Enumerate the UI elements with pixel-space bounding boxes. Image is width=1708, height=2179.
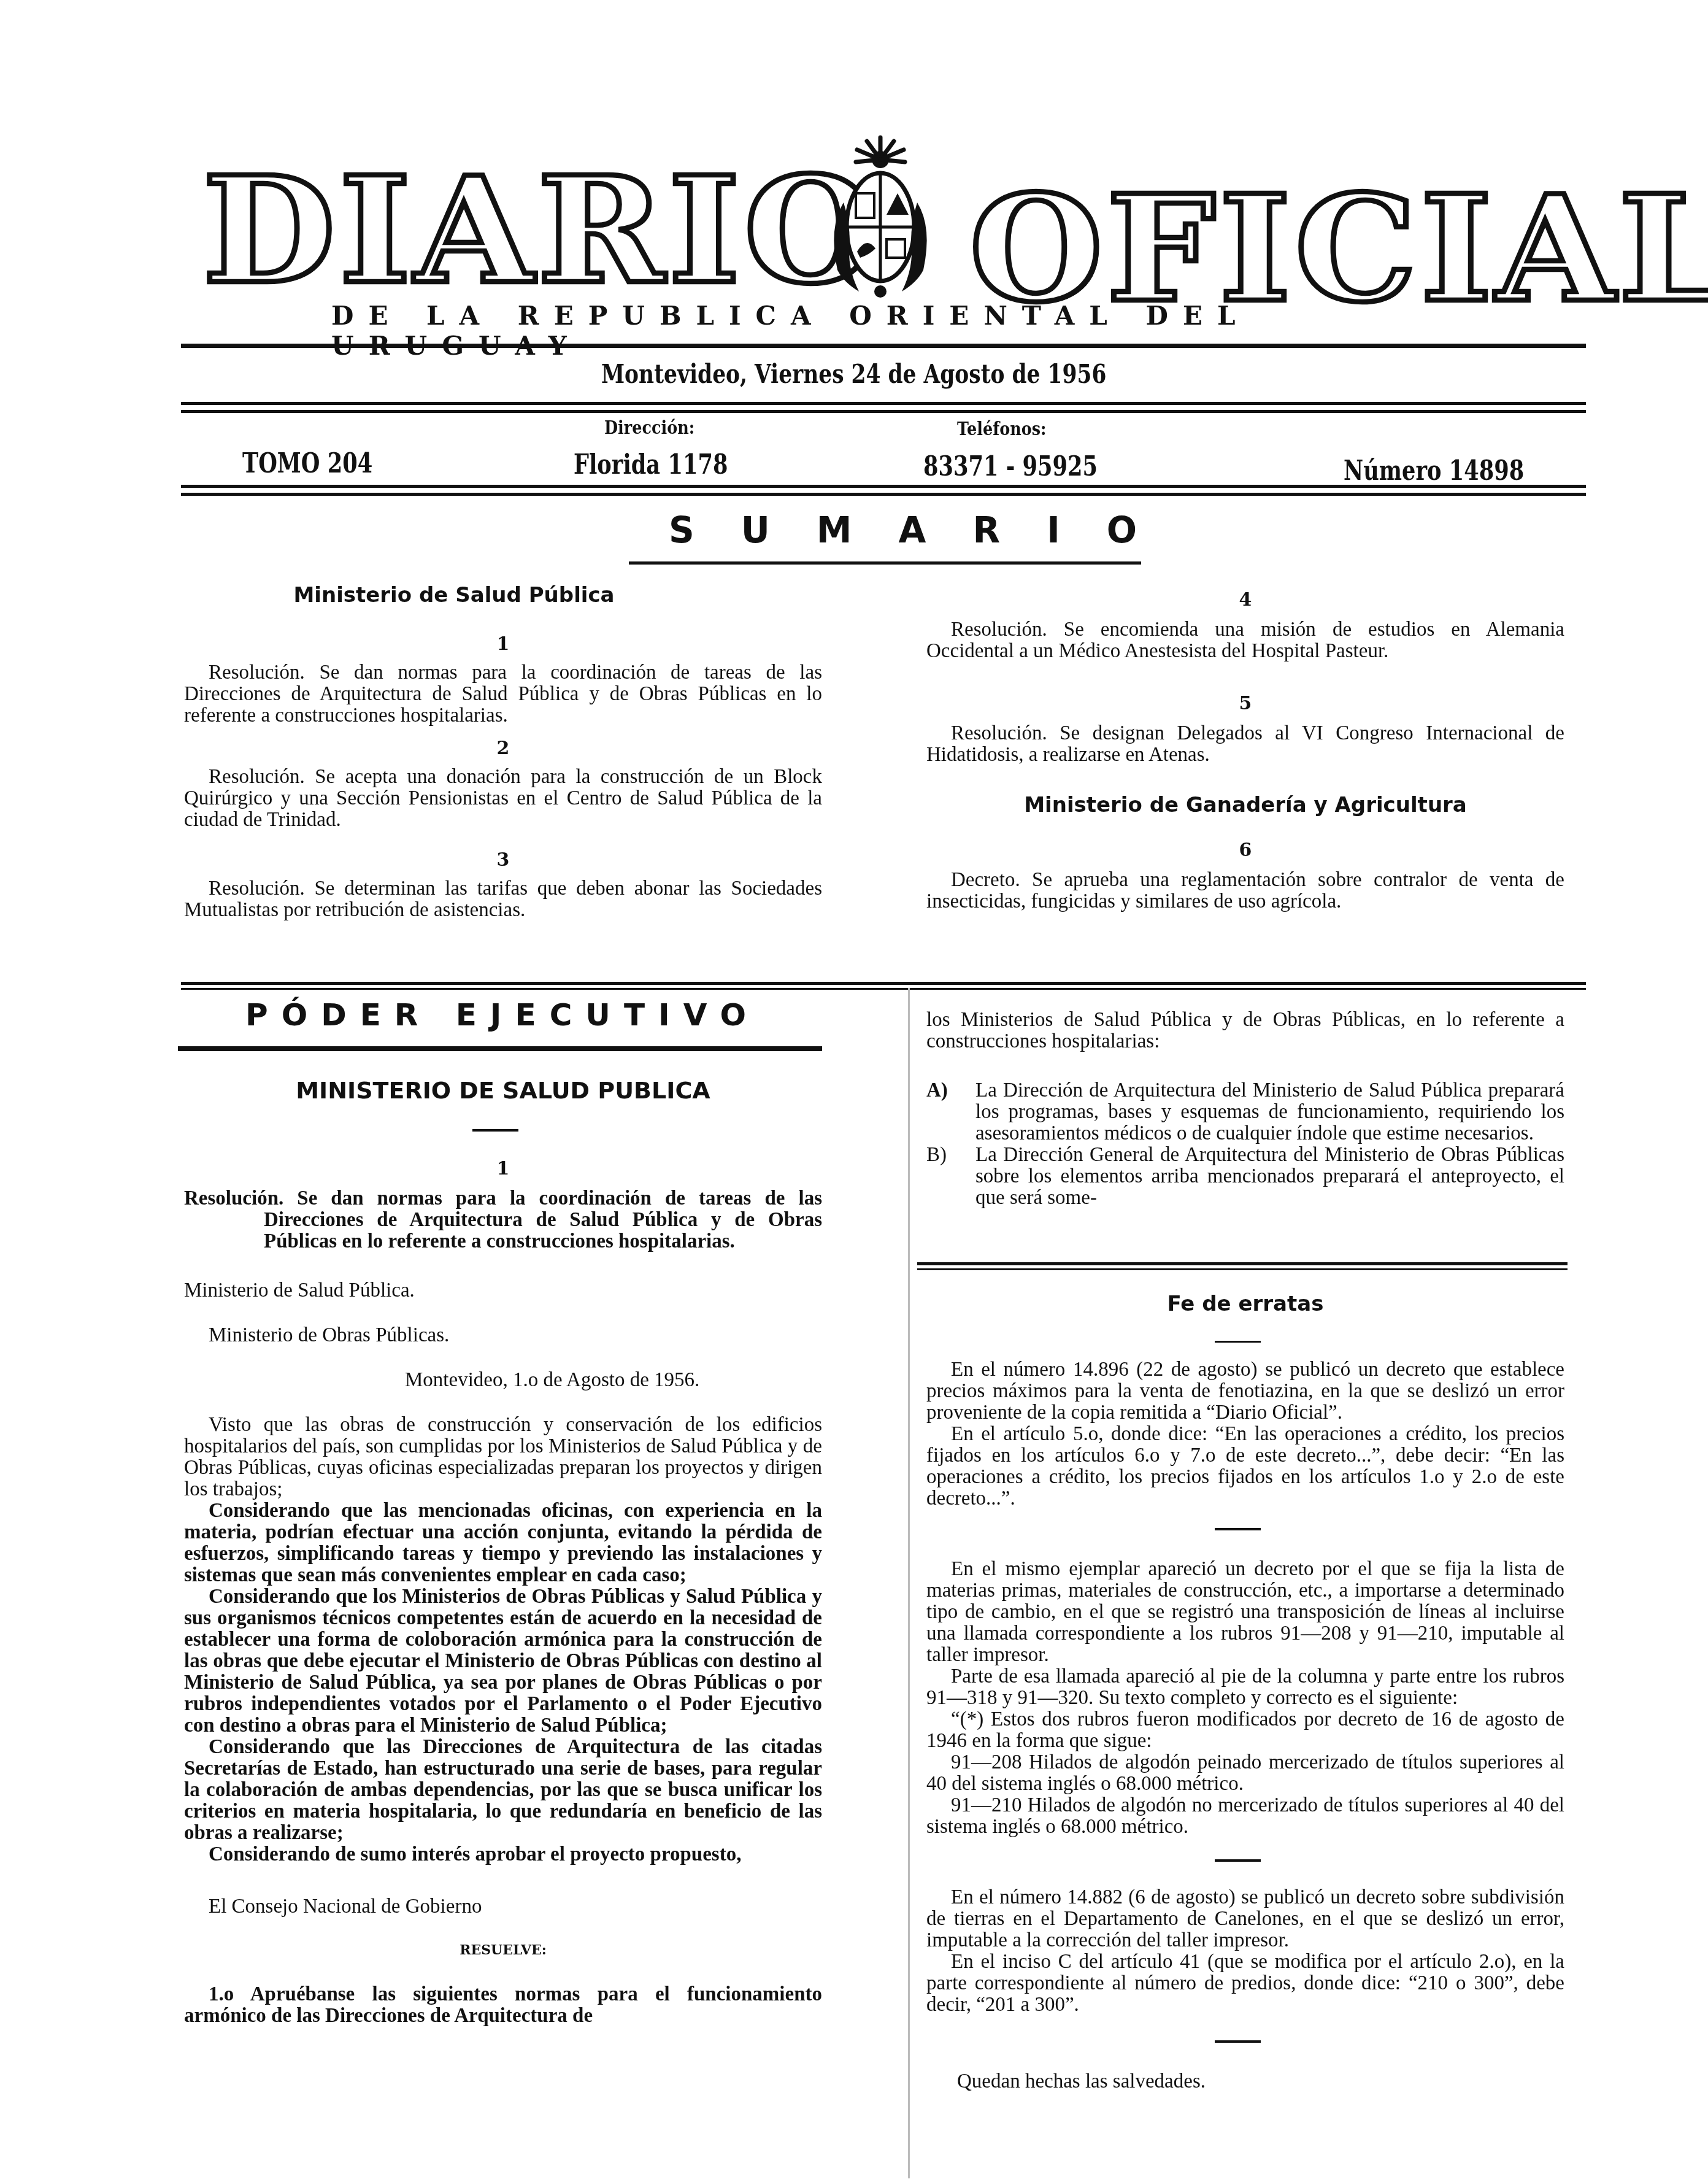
summary-item[interactable]: Resolución. Se acepta una donación para … (184, 766, 822, 831)
section-title: PÓDER EJECUTIVO (245, 997, 760, 1033)
tomo: TOMO 204 (242, 448, 372, 479)
divider (1215, 1528, 1261, 1530)
masthead-title-right: OFICIAL (969, 182, 1708, 316)
divider (1215, 1859, 1261, 1862)
divider (629, 561, 1141, 565)
divider (181, 410, 1586, 413)
item-number: 3 (184, 849, 822, 871)
resuelve: RESUELVE: (184, 1942, 822, 1958)
issuer: Ministerio de Obras Públicas. (184, 1325, 822, 1346)
divider (181, 982, 1586, 985)
divider (181, 485, 1586, 488)
summary-item[interactable]: Decreto. Se aprueba una reglamentación s… (926, 870, 1564, 912)
list-item: A) La Dirección de Arquitectura del Mini… (926, 1080, 1564, 1144)
paragraph: 91—208 Hilados de algodón peinado mercer… (926, 1752, 1564, 1795)
ministry-heading: Ministerio de Ganadería y Agricultura (926, 793, 1564, 817)
paragraph: 91—210 Hilados de algodón no mercerizado… (926, 1795, 1564, 1838)
resolution-date: Montevideo, 1.o de Agosto de 1956. (184, 1370, 822, 1391)
item-number: 1 (184, 633, 822, 655)
divider (917, 1262, 1568, 1265)
masthead-title-left: DIARIO (202, 163, 881, 298)
article-1: 1.o Apruébanse las siguientes normas par… (184, 1984, 822, 2027)
section-heading: Fe de erratas (926, 1292, 1564, 1316)
paragraph: “(*) Estos dos rubros fueron modificados… (926, 1709, 1564, 1752)
resolution-heading: Resolución. Se dan normas para la coordi… (184, 1188, 822, 1252)
paragraph: Considerando de sumo interés aprobar el … (184, 1844, 822, 1865)
ministry-heading: Ministerio de Salud Pública (184, 583, 724, 607)
item-number: 4 (926, 589, 1564, 611)
paragraph: los Ministerios de Salud Pública y de Ob… (926, 1009, 1564, 1052)
fe-de-erratas: Fe de erratas En el número 14.896 (22 de… (926, 1292, 1564, 2092)
divider (1215, 1341, 1261, 1343)
closing: Quedan hechas las salvedades. (926, 2071, 1564, 2092)
ministry-heading: MINISTERIO DE SALUD PUBLICA (184, 1077, 822, 1104)
continuation-column: los Ministerios de Salud Pública y de Ob… (926, 1009, 1564, 1209)
council: El Consejo Nacional de Gobierno (184, 1896, 822, 1918)
sumario-right-column: 4 Resolución. Se encomienda una misión d… (926, 589, 1564, 912)
paragraph: Parte de esa llamada apareció al pie de … (926, 1666, 1564, 1709)
poder-ejecutivo-body: MINISTERIO DE SALUD PUBLICA 1 Resolución… (184, 1077, 822, 2027)
telefonos: 83371 - 95925 (923, 451, 1098, 482)
dateline: Montevideo, Viernes 24 de Agosto de 1956 (601, 359, 1106, 389)
paragraph: En el número 14.882 (6 de agosto) se pub… (926, 1887, 1564, 1951)
paragraph: En el mismo ejemplar apareció un decreto… (926, 1559, 1564, 1666)
direccion-label: Dirección: (604, 417, 694, 439)
divider (472, 1129, 518, 1132)
paragraph: En el artículo 5.o, donde dice: “En las … (926, 1424, 1564, 1510)
telefonos-label: Teléfonos: (957, 418, 1046, 440)
divider (181, 344, 1586, 348)
paragraph: Considerando que las Direcciones de Arqu… (184, 1737, 822, 1844)
summary-item[interactable]: Resolución. Se designan Delegados al VI … (926, 723, 1564, 766)
summary-item[interactable]: Resolución. Se encomienda una misión de … (926, 619, 1564, 662)
item-number: 5 (926, 693, 1564, 714)
list-item: B) La Dirección General de Arquitectura … (926, 1144, 1564, 1209)
issuer: Ministerio de Salud Pública. (184, 1280, 822, 1302)
list-marker: B) (926, 1144, 975, 1209)
summary-item[interactable]: Resolución. Se dan normas para la coordi… (184, 662, 822, 727)
item-number: 6 (926, 839, 1564, 861)
list-text: La Dirección General de Arquitectura del… (975, 1144, 1564, 1209)
masthead-subtitle: DE LA REPUBLICA ORIENTAL DEL URUGUAY (331, 301, 1436, 361)
divider (178, 1046, 822, 1051)
list-text: La Dirección de Arquitectura del Ministe… (975, 1080, 1564, 1144)
coat-of-arms-icon (819, 135, 942, 301)
direccion: Florida 1178 (574, 449, 728, 480)
resolution-number: 1 (184, 1158, 822, 1179)
sumario-title: SUMARIO (669, 509, 1183, 551)
divider (181, 402, 1586, 405)
paragraph: En el número 14.896 (22 de agosto) se pu… (926, 1359, 1564, 1424)
divider (1215, 2040, 1261, 2043)
summary-item[interactable]: Resolución. Se determinan las tarifas qu… (184, 878, 822, 921)
paragraph: Considerando que los Ministerios de Obra… (184, 1586, 822, 1737)
divider (181, 493, 1586, 496)
divider (181, 988, 1586, 990)
paragraph: Visto que las obras de construcción y co… (184, 1414, 822, 1500)
list-marker: A) (926, 1080, 975, 1144)
paragraph: En el inciso C del artículo 41 (que se m… (926, 1951, 1564, 2016)
masthead: DIARIO OFICIAL (202, 135, 1589, 282)
divider (917, 1268, 1568, 1270)
sumario-left-column: Ministerio de Salud Pública 1 Resolución… (184, 583, 822, 921)
item-number: 2 (184, 738, 822, 759)
paragraph: Considerando que las mencionadas oficina… (184, 1500, 822, 1586)
numero: Número 14898 (1344, 455, 1524, 487)
column-divider (908, 988, 910, 2178)
